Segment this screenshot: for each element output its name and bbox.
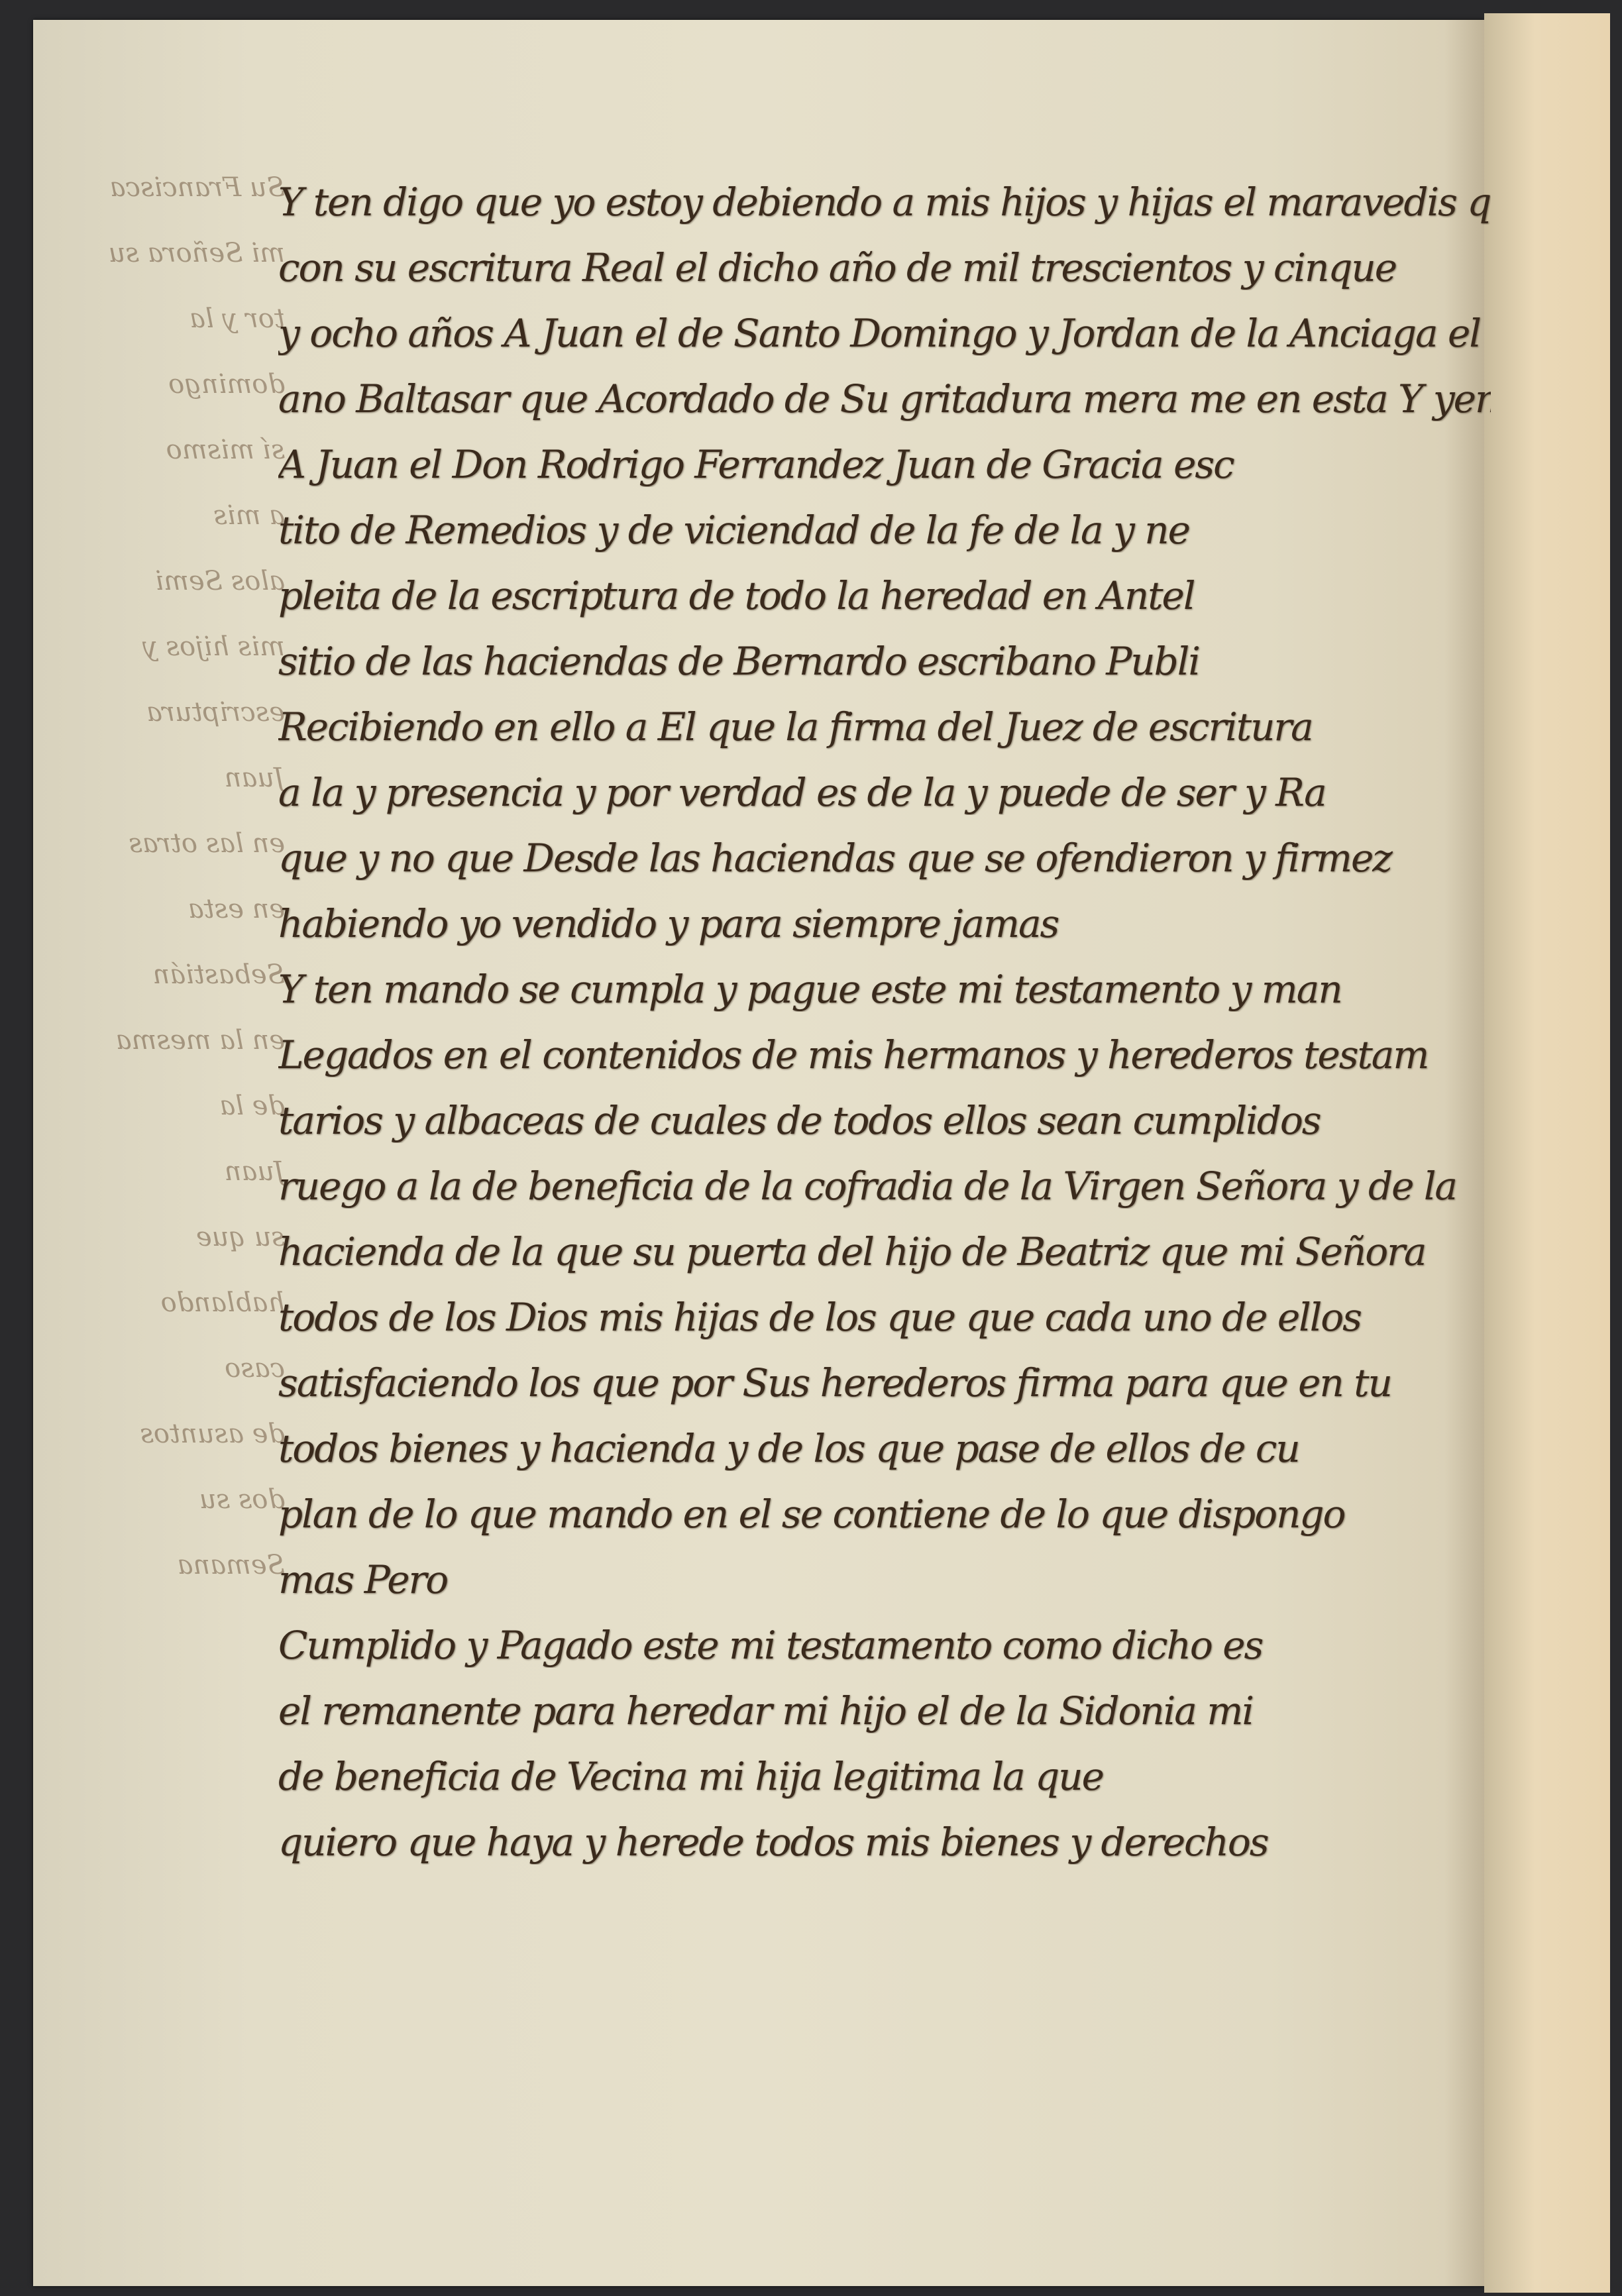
margin-line: escriptura [46,697,285,763]
margin-line: hablando [46,1287,285,1353]
text-line: Y ten digo que yo estoy debiendo a mis h… [278,159,1491,225]
text-line: de beneficia de Vecina mi hija legitima … [278,1733,1491,1799]
text-line: sitio de las haciendas de Bernardo escri… [278,618,1491,684]
bleedthrough-margin: Su Francisca mi Señora su tor y la domin… [46,172,285,1615]
text-line: quiero que haya y herede todos mis biene… [278,1799,1491,1865]
text-line: y ocho años A Juan el de Santo Domingo y… [278,290,1491,356]
margin-line: de asuntos [46,1419,285,1484]
margin-line: a mis [46,500,285,566]
margin-line: alos Semi [46,566,285,631]
margin-line: tor y la [46,303,285,369]
text-line: habiendo yo vendido y para siempre jamas [278,881,1491,946]
text-line: todos de los Dios mis hijas de los que q… [278,1274,1491,1340]
text-line: el remanente para heredar mi hijo el de … [278,1668,1491,1733]
text-line: Recibiendo en ello a El que la firma del… [278,684,1491,749]
adjacent-page-edge [1484,13,1610,2293]
text-line: tarios y albaceas de cuales de todos ell… [278,1077,1491,1143]
margin-line: Semana [46,1550,285,1615]
text-line: ruego a la de beneficia de la cofradia d… [278,1143,1491,1209]
margin-line: dos su [46,1484,285,1550]
text-line: pleita de la escriptura de todo la hered… [278,553,1491,618]
text-line: mas Pero [278,1537,1491,1602]
margin-line: en esta [46,894,285,959]
margin-line: Juan [46,1156,285,1222]
text-line: A Juan el Don Rodrigo Ferrandez Juan de … [278,421,1491,487]
text-line: plan de lo que mando en el se contiene d… [278,1471,1491,1537]
margin-line: sí mismo [46,435,285,500]
margin-line: en la mesma [46,1025,285,1091]
margin-line: de la [46,1091,285,1156]
text-line: con su escritura Real el dicho año de mi… [278,225,1491,290]
text-line: Legados en el contenidos de mis hermanos… [278,1012,1491,1077]
text-line: ano Baltasar que Acordado de Su gritadur… [278,356,1491,421]
text-line: a la y presencia y por verdad es de la y… [278,749,1491,815]
margin-line: Juan [46,763,285,828]
handwritten-text-body: Y ten digo que yo estoy debiendo a mis h… [278,159,1491,1865]
text-line: tito de Remedios y de viciendad de la fe… [278,487,1491,553]
margin-line: mis hijos y [46,631,285,697]
text-line: todos bienes y hacienda y de los que pas… [278,1405,1491,1471]
margin-line: en las otras [46,828,285,894]
margin-line: mi Señora su [46,238,285,303]
text-line: que y no que Desde las haciendas que se … [278,815,1491,881]
margin-line: domingo [46,369,285,435]
margin-line: su que [46,1222,285,1287]
text-line: satisfaciendo los que por Sus herederos … [278,1340,1491,1405]
margin-line: Sebastián [46,959,285,1025]
text-line: hacienda de la que su puerta del hijo de… [278,1209,1491,1274]
text-line: Y ten mando se cumpla y pague este mi te… [278,946,1491,1012]
margin-line: caso [46,1353,285,1419]
margin-line: Su Francisca [46,172,285,238]
text-line: Cumplido y Pagado este mi testamento com… [278,1602,1491,1668]
